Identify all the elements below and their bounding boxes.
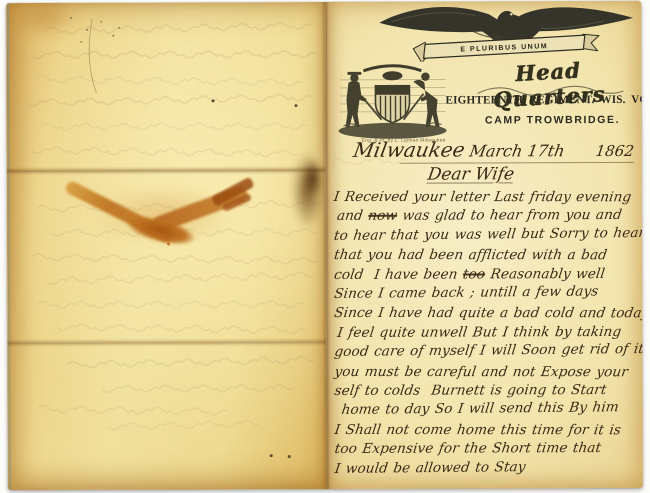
regiment-line: EIGHTEENTH REGIMENT. WIS. VOL.	[445, 94, 635, 107]
ink-speck	[167, 243, 170, 246]
dateline-year: 1862	[594, 142, 635, 160]
ink-speck	[80, 41, 82, 43]
dateline-date: March 17th	[468, 141, 566, 160]
letter-line: you must be careful and not Expose your	[333, 363, 638, 383]
ink-speck	[70, 17, 72, 19]
letter-body: I Received your letter Last friday eveni…	[334, 187, 637, 479]
dateline: Milwaukee March 17th 1862	[342, 139, 638, 167]
ink-speck	[211, 99, 214, 102]
camp-line: CAMP TROWBRIDGE.	[478, 114, 628, 127]
ink-speck	[100, 21, 102, 23]
dateline-place: Milwaukee	[352, 138, 467, 162]
state-seal-vignette	[333, 56, 451, 142]
letterhead: E PLURIBUS UNUM	[325, 1, 641, 142]
letter-line: to hear that you was well but Sorry to h…	[333, 224, 638, 246]
letter-line: home to day So I will send this By him	[340, 399, 638, 421]
fold-crease-bottom	[7, 338, 326, 347]
letter-line: I Received your letter Last friday eveni…	[332, 188, 637, 208]
right-figure	[413, 72, 439, 126]
ink-speck	[118, 27, 120, 29]
letter-line: Since I have had quite a bad cold and to…	[333, 304, 638, 324]
letter-line: I would be allowed to Stay	[334, 457, 639, 479]
ink-speck	[86, 29, 88, 31]
struck-word: now	[367, 208, 398, 224]
eagle-icon: E PLURIBUS UNUM	[377, 1, 635, 62]
ink-speck	[112, 35, 114, 37]
struck-word: too	[462, 266, 486, 282]
salutation: Dear Wife	[426, 164, 515, 184]
ink-speck	[295, 104, 298, 107]
printed-rule	[400, 162, 634, 164]
scanned-letter: E PLURIBUS UNUM	[0, 0, 650, 493]
letter-line: Since I came back ; untill a few days	[333, 282, 638, 304]
letter-line: that you had been afflicted with a bad	[333, 246, 638, 266]
letter-line: I Shall not come home this time for it i…	[333, 421, 638, 441]
page-right-front: E PLURIBUS UNUM	[325, 1, 643, 489]
stain-near-fold-dark	[300, 154, 326, 202]
letter-line: good care of myself I will Soon get rid …	[333, 340, 638, 362]
ink-speck	[270, 454, 273, 457]
letter-sheet: E PLURIBUS UNUM	[6, 1, 643, 490]
ink-speck	[288, 455, 291, 458]
page-left-back	[6, 2, 327, 490]
